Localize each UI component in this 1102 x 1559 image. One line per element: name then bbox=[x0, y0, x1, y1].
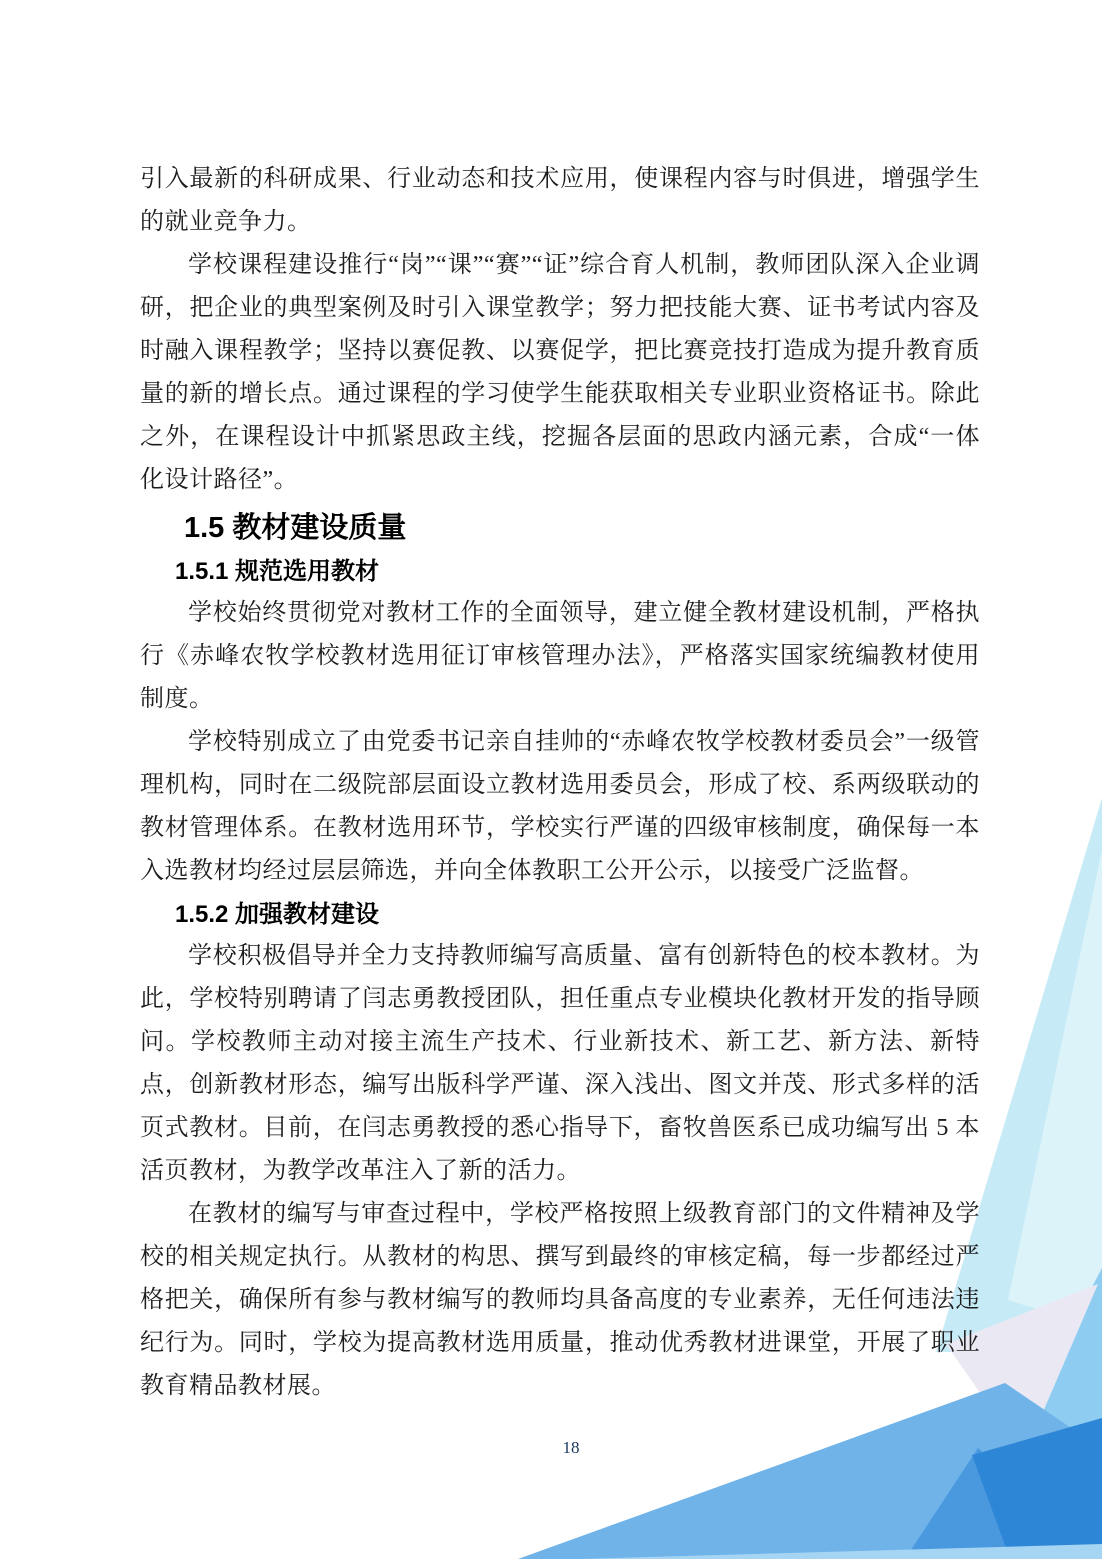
subsection-heading-1-5-2: 1.5.2 加强教材建设 bbox=[140, 895, 980, 935]
paragraph-textbook-review-process: 在教材的编写与审查过程中，学校严格按照上级教育部门的文件精神及学校的相关规定执行… bbox=[140, 1193, 980, 1408]
section-heading-1-5: 1.5 教材建设质量 bbox=[140, 508, 980, 548]
deco-triangle-cyan-light bbox=[1008, 850, 1102, 1330]
paragraph-course-building: 学校课程建设推行“岗”“课”“赛”“证”综合育人机制，教师团队深入企业调研，把企… bbox=[140, 244, 980, 502]
document-body: 引入最新的科研成果、行业动态和技术应用，使课程内容与时俱进，增强学生的就业竞争力… bbox=[140, 158, 980, 1408]
paragraph-textbook-selection-policy: 学校始终贯彻党对教材工作的全面领导，建立健全教材建设机制，严格执行《赤峰农牧学校… bbox=[140, 592, 980, 721]
deco-wedge-medium-blue bbox=[905, 1448, 1102, 1559]
deco-band-light-blue bbox=[518, 1383, 1102, 1559]
deco-bottom-strip bbox=[580, 1544, 1102, 1559]
page-number: 18 bbox=[0, 1438, 1102, 1458]
subsection-heading-1-5-1: 1.5.1 规范选用教材 bbox=[140, 552, 980, 592]
paragraph-intro-continuation: 引入最新的科研成果、行业动态和技术应用，使课程内容与时俱进，增强学生的就业竞争力… bbox=[140, 158, 980, 244]
document-page: 引入最新的科研成果、行业动态和技术应用，使课程内容与时俱进，增强学生的就业竞争力… bbox=[0, 0, 1102, 1559]
paragraph-textbook-development: 学校积极倡导并全力支持教师编写高质量、富有创新特色的校本教材。为此，学校特别聘请… bbox=[140, 935, 980, 1193]
paragraph-textbook-committee: 学校特别成立了由党委书记亲自挂帅的“赤峰农牧学校教材委员会”一级管理机构，同时在… bbox=[140, 721, 980, 893]
